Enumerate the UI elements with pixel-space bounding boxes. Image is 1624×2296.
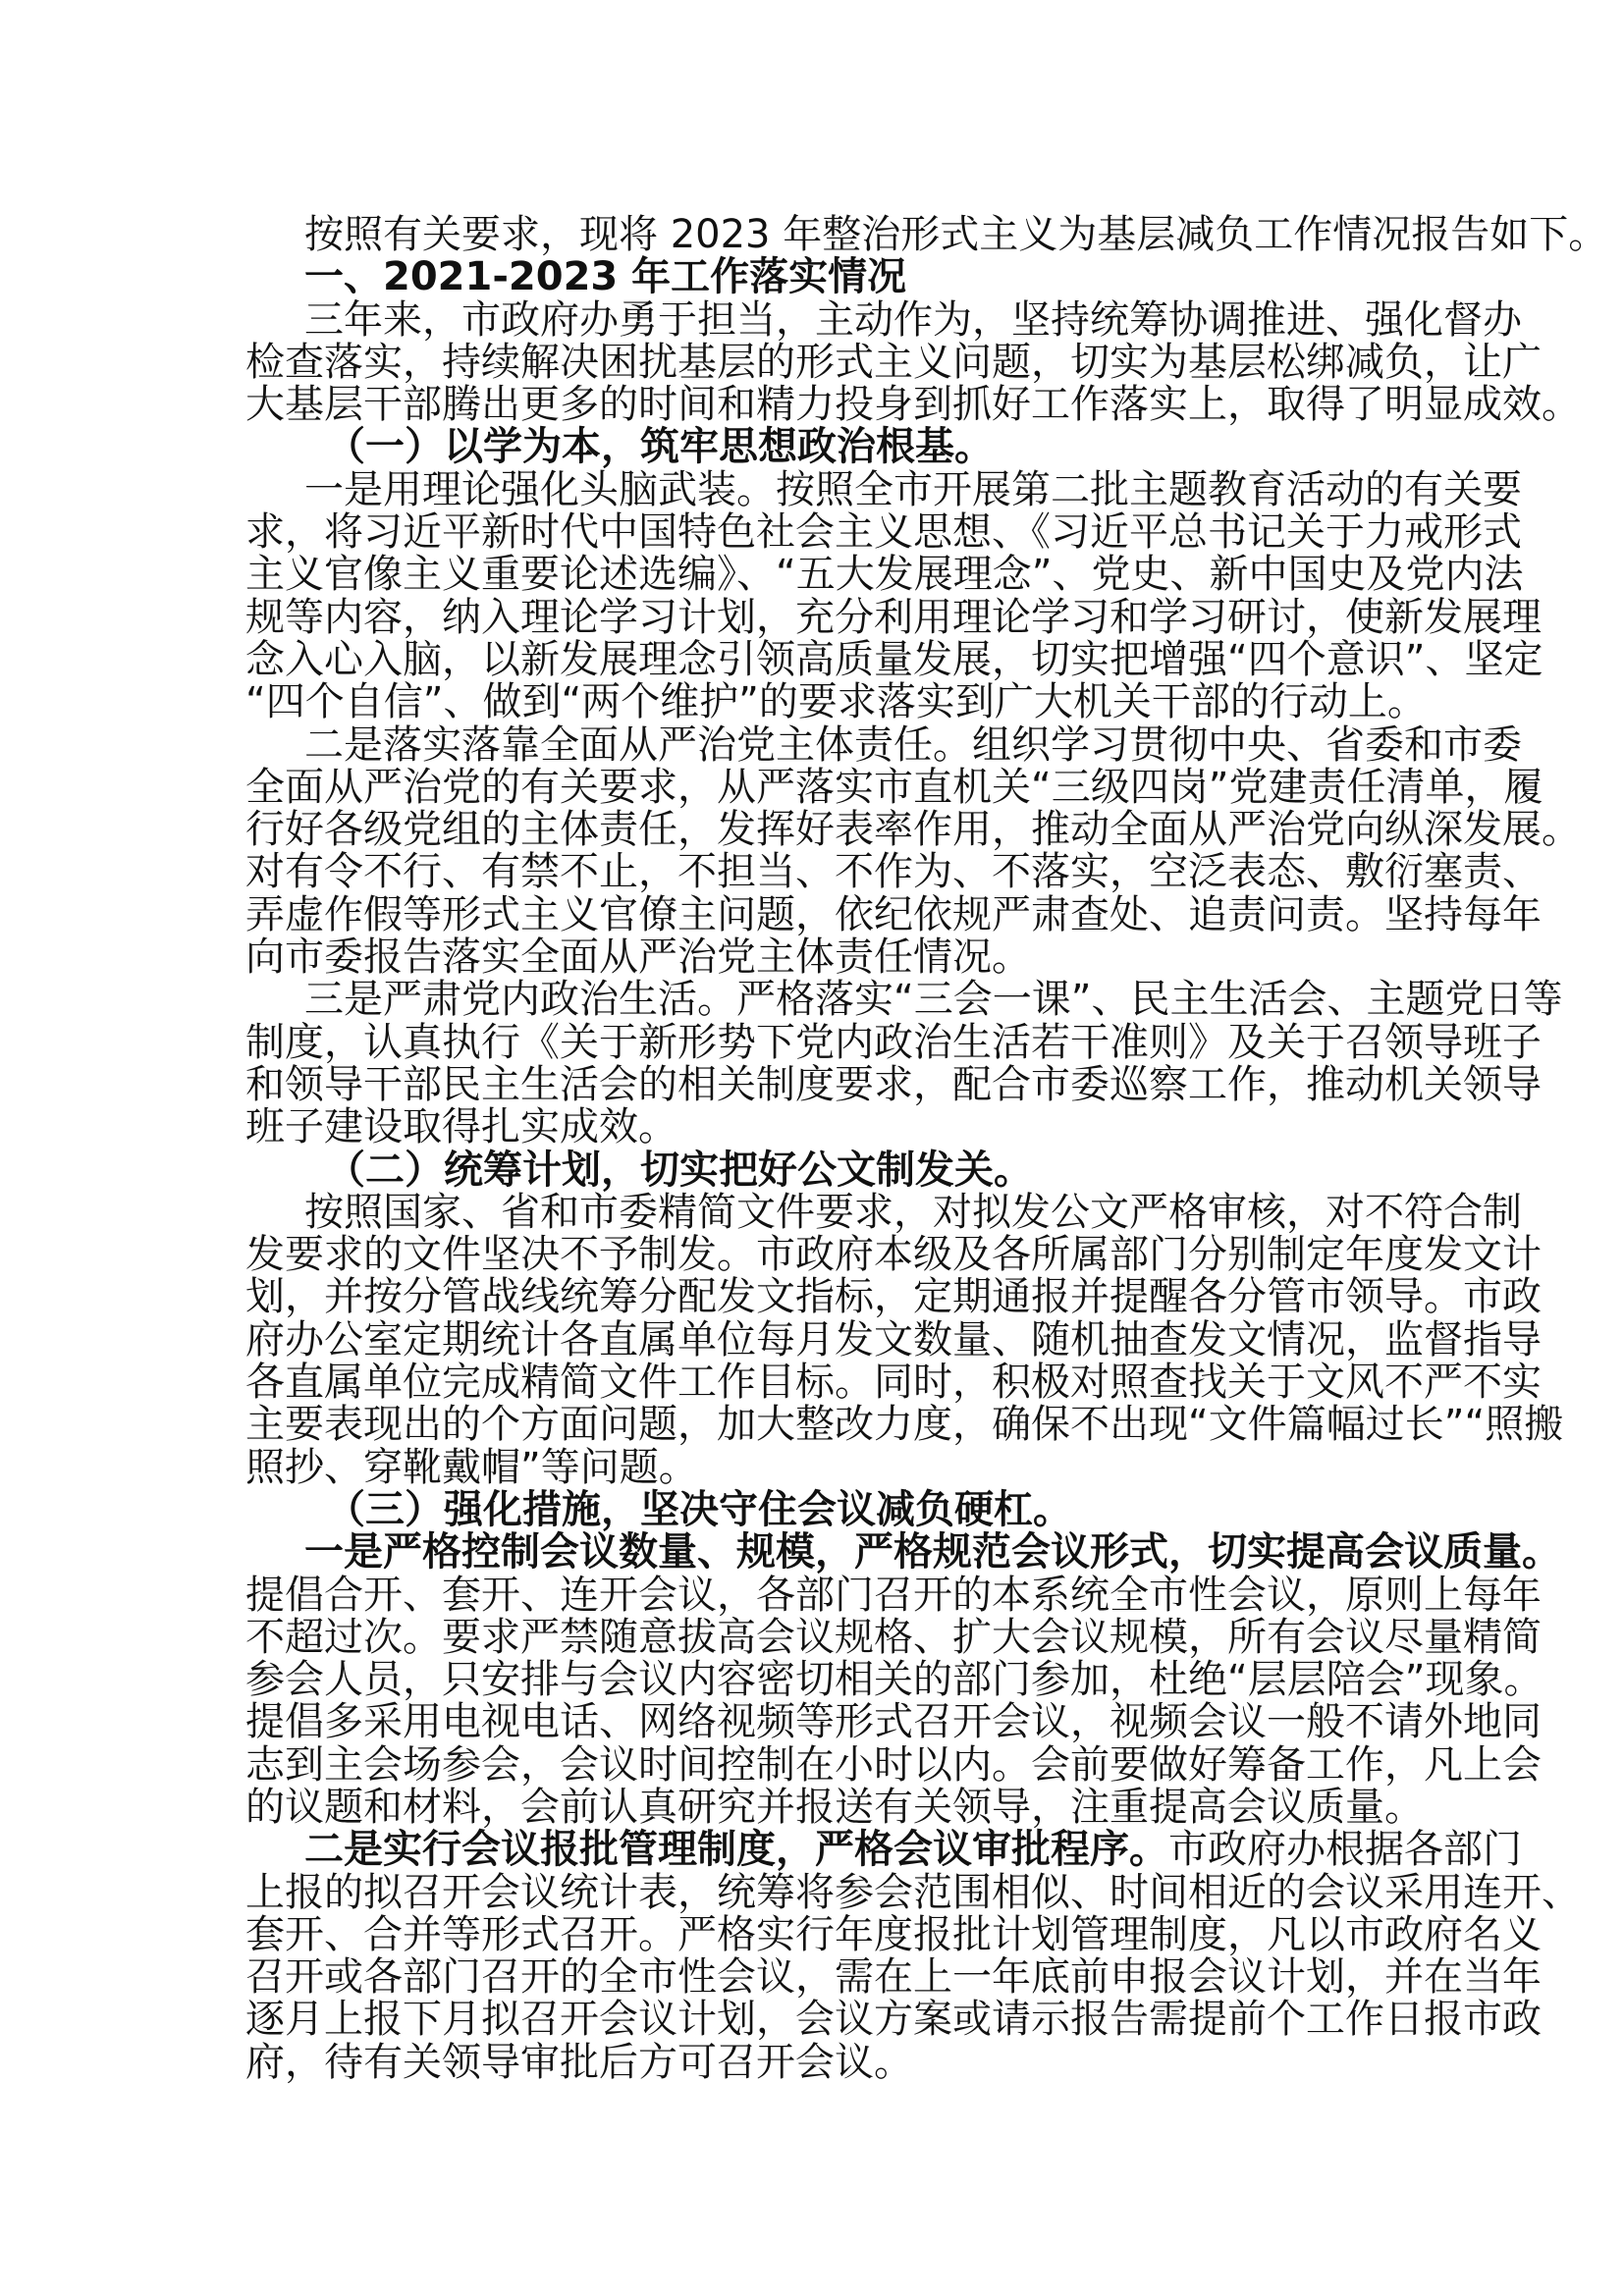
text-line: “四个自信”、做到“两个维护”的要求落实到广大机关干部的行动上。 bbox=[245, 681, 1382, 723]
text-line: 的议题和材料，会前认真研究并报送有关领导，注重提高会议质量。 bbox=[245, 1787, 1382, 1829]
text-line: 一是用理论强化头脑武装。按照全市开展第二批主题教育活动的有关要 bbox=[245, 469, 1382, 511]
text-line: 府办公室定期统计各直属单位每月发文数量、随机抽查发文情况，监督指导 bbox=[245, 1319, 1382, 1362]
heading-text: （二）统筹计划，切实把好公文制发关。 bbox=[245, 1149, 1382, 1192]
text-line: 各直属单位完成精简文件工作目标。同时，积极对照查找关于文风不严不实 bbox=[245, 1362, 1382, 1404]
text-line: 制度，认真执行《关于新形势下党内政治生活若干准则》及关于召领导班子 bbox=[245, 1022, 1382, 1064]
body-paragraph: 二是实行会议报批管理制度，严格会议审批程序。市政府办根据各部门 上报的拟召开会议… bbox=[245, 1829, 1382, 2084]
text-line: 提倡多采用电视电话、网络视频等形式召开会议，视频会议一般不请外地同 bbox=[245, 1701, 1382, 1743]
text-line: 弄虚作假等形式主义官僚主问题，依纪依规严肃查处、追责问责。坚持每年 bbox=[245, 894, 1382, 936]
intro-paragraph: 按照有关要求，现将 2023 年整治形式主义为基层减负工作情况报告如下。 bbox=[245, 214, 1382, 256]
body-paragraph: 三年来，市政府办勇于担当，主动作为，坚持统筹协调推进、强化督办 检查落实，持续解… bbox=[245, 299, 1382, 427]
text-line: 念入心入脑，以新发展理念引领高质量发展，切实把增强“四个意识”、坚定 bbox=[245, 639, 1382, 681]
text-line: 不超过次。要求严禁随意拔高会议规格、扩大会议规模，所有会议尽量精简 bbox=[245, 1617, 1382, 1659]
text-line: 规等内容，纳入理论学习计划，充分利用理论学习和学习研讨，使新发展理 bbox=[245, 597, 1382, 639]
heading-text: （三）强化措施，坚决守住会议减负硬杠。 bbox=[245, 1489, 1382, 1531]
text-line: 主义官像主义重要论述选编》、“五大发展理念”、党史、新中国史及党内法 bbox=[245, 554, 1382, 596]
text-line: 班子建设取得扎实成效。 bbox=[245, 1106, 1382, 1148]
text-line: 府，待有关领导审批后方可召开会议。 bbox=[245, 2042, 1382, 2084]
text-line: 三年来，市政府办勇于担当，主动作为，坚持统筹协调推进、强化督办 bbox=[245, 299, 1382, 342]
text-line: 上报的拟召开会议统计表，统筹将参会范围相似、时间相近的会议采用连开、 bbox=[245, 1872, 1382, 1914]
text-line: 和领导干部民主生活会的相关制度要求，配合市委巡察工作，推动机关领导 bbox=[245, 1064, 1382, 1106]
lead-rest-text: 市政府办根据各部门 bbox=[1168, 1827, 1522, 1872]
text-line: 志到主会场参会，会议时间控制在小时以内。会前要做好筹备工作，凡上会 bbox=[245, 1744, 1382, 1787]
text-line: 发要求的文件坚决不予制发。市政府本级及各所属部门分别制定年度发文计 bbox=[245, 1234, 1382, 1276]
subsection-heading: （三）强化措施，坚决守住会议减负硬杠。 bbox=[245, 1489, 1382, 1531]
section-heading: 一、2021-2023 年工作落实情况 bbox=[245, 256, 1382, 298]
body-paragraph: 一是用理论强化头脑武装。按照全市开展第二批主题教育活动的有关要 求，将习近平新时… bbox=[245, 469, 1382, 724]
text-line: 大基层干部腾出更多的时间和精力投身到抓好工作落实上，取得了明显成效。 bbox=[245, 384, 1382, 426]
text-line: 二是落实落靠全面从严治党主体责任。组织学习贯彻中央、省委和市委 bbox=[245, 724, 1382, 767]
text-line: 检查落实，持续解决困扰基层的形式主义问题，切实为基层松绑减负，让广 bbox=[245, 342, 1382, 384]
text-line: 照抄、穿靴戴帽”等问题。 bbox=[245, 1447, 1382, 1489]
text-line: 按照有关要求，现将 2023 年整治形式主义为基层减负工作情况报告如下。 bbox=[245, 214, 1382, 256]
body-paragraph: 三是严肃党内政治生活。严格落实“三会一课”、民主生活会、主题党日等 制度，认真执… bbox=[245, 979, 1382, 1148]
text-line: 套开、合并等形式召开。严格实行年度报批计划管理制度，凡以市政府名义 bbox=[245, 1914, 1382, 1956]
subsection-heading: （一）以学为本，筑牢思想政治根基。 bbox=[245, 426, 1382, 468]
body-paragraph: 按照国家、省和市委精简文件要求，对拟发公文严格审核，对不符合制 发要求的文件坚决… bbox=[245, 1192, 1382, 1489]
lead-bold-text: 二是实行会议报批管理制度，严格会议审批程序。 bbox=[304, 1827, 1168, 1872]
text-line: 逐月上报下月拟召开会议计划，会议方案或请示报告需提前个工作日报市政 bbox=[245, 1999, 1382, 2041]
text-line: 划，并按分管战线统筹分配发文指标，定期通报并提醒各分管市领导。市政 bbox=[245, 1276, 1382, 1318]
subsection-heading: （二）统筹计划，切实把好公文制发关。 bbox=[245, 1149, 1382, 1192]
text-line: 向市委报告落实全面从严治党主体责任情况。 bbox=[245, 936, 1382, 979]
heading-text: 一、2021-2023 年工作落实情况 bbox=[245, 256, 1382, 298]
text-line: 参会人员，只安排与会议内容密切相关的部门参加，杜绝“层层陪会”现象。 bbox=[245, 1659, 1382, 1701]
text-line: 行好各级党组的主体责任，发挥好表率作用，推动全面从严治党向纵深发展。 bbox=[245, 809, 1382, 851]
text-line: 按照国家、省和市委精简文件要求，对拟发公文严格审核，对不符合制 bbox=[245, 1192, 1382, 1234]
document-page: 按照有关要求，现将 2023 年整治形式主义为基层减负工作情况报告如下。 一、2… bbox=[245, 214, 1382, 2084]
text-line: 三是严肃党内政治生活。严格落实“三会一课”、民主生活会、主题党日等 bbox=[245, 979, 1382, 1021]
text-line: 求，将习近平新时代中国特色社会主义思想、《习近平总书记关于力戒形式 bbox=[245, 511, 1382, 554]
text-line: 二是实行会议报批管理制度，严格会议审批程序。市政府办根据各部门 bbox=[245, 1829, 1382, 1871]
text-line: 主要表现出的个方面问题，加大整改力度，确保不出现“文件篇幅过长”“照搬 bbox=[245, 1404, 1382, 1446]
text-line: 提倡合开、套开、连开会议，各部门召开的本系统全市性会议，原则上每年 bbox=[245, 1575, 1382, 1617]
heading-text: （一）以学为本，筑牢思想政治根基。 bbox=[245, 426, 1382, 468]
text-line: 对有令不行、有禁不止，不担当、不作为、不落实，空泛表态、敷衍塞责、 bbox=[245, 851, 1382, 893]
text-line: 召开或各部门召开的全市性会议，需在上一年底前申报会议计划，并在当年 bbox=[245, 1956, 1382, 1999]
lead-bold-text: 一是严格控制会议数量、规模，严格规范会议形式，切实提高会议质量。 bbox=[245, 1531, 1382, 1574]
body-paragraph: 一是严格控制会议数量、规模，严格规范会议形式，切实提高会议质量。 提倡合开、套开… bbox=[245, 1531, 1382, 1829]
text-line: 全面从严治党的有关要求，从严落实市直机关“三级四岗”党建责任清单，履 bbox=[245, 767, 1382, 809]
body-paragraph: 二是落实落靠全面从严治党主体责任。组织学习贯彻中央、省委和市委 全面从严治党的有… bbox=[245, 724, 1382, 980]
